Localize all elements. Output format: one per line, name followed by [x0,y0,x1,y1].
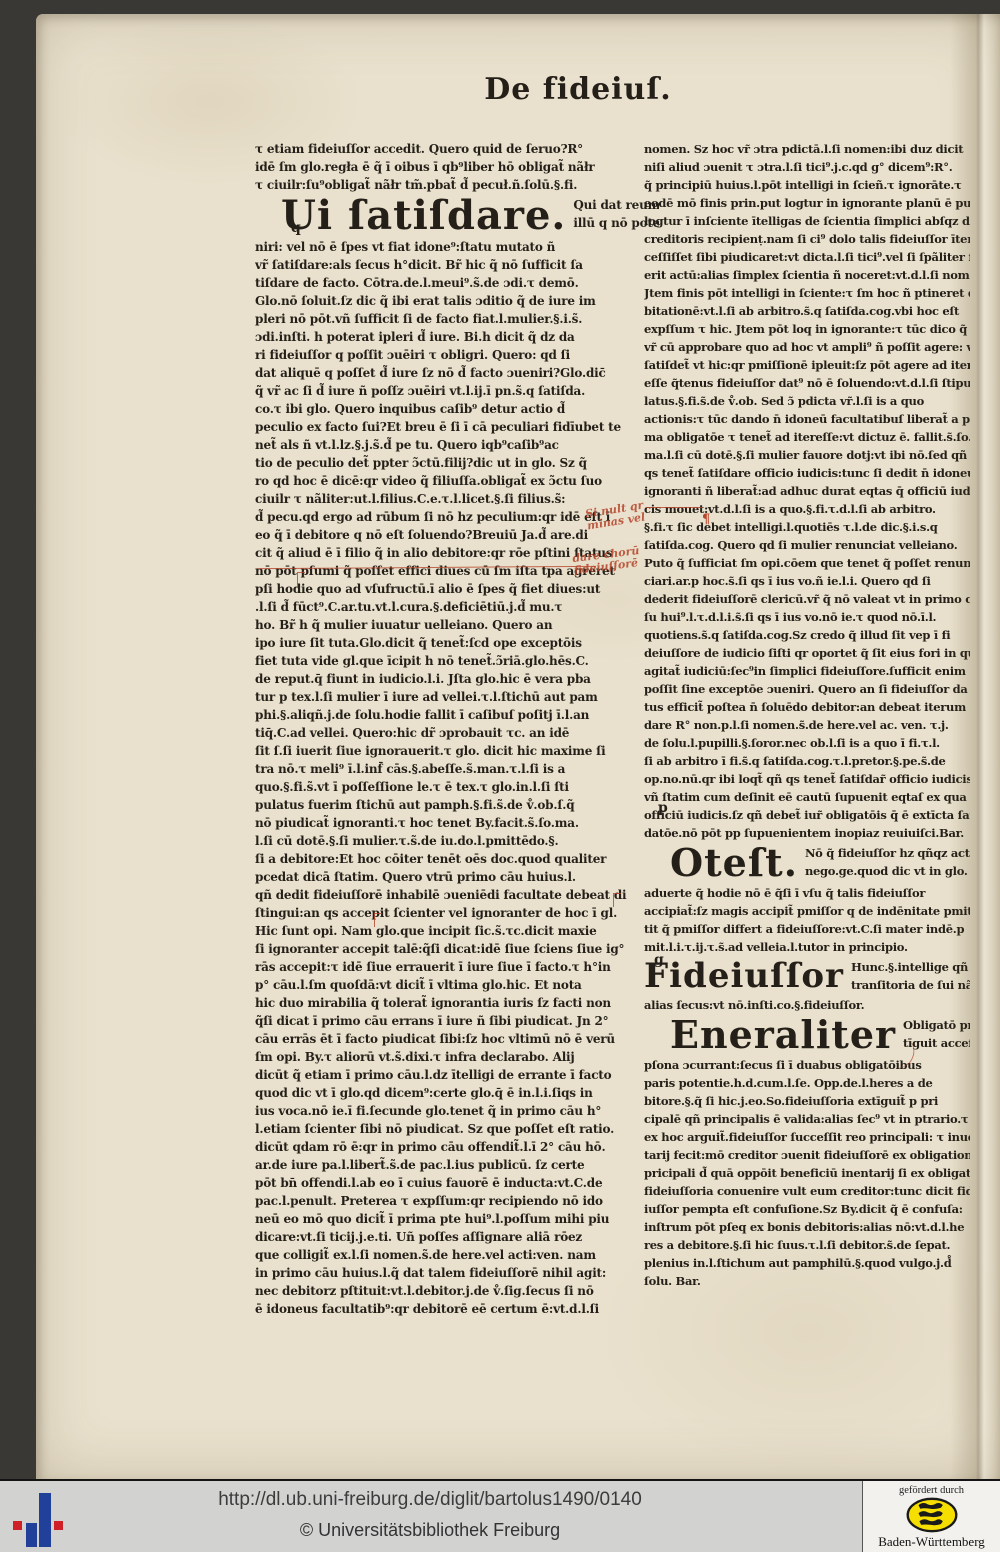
text-line: tur p tex.l.ſi mulier ī iure ad vellei.τ… [255,688,659,706]
text-line: pleri nō pōt.vñ ſufficit ſi de facto fia… [255,310,659,328]
text-line: mit.l.i.τ.ij.τ.s̃.ad velleia.l.tutor in … [644,938,970,956]
scanned-book-page: De fideiuſ. q p g τ etiam fideiuſſor acc… [36,14,1000,1479]
text-line: ciuilr τ nãliter:ut.l.filius.C.e.τ.l.lic… [255,490,659,508]
generaliter-body-lines: pſona ɔcurrant:ſecus ſi ī duabus obligat… [644,1056,970,1290]
text-line: ciari.ar.p hoc.s̃.ſi qs ī ius vo.ñ ie.l.… [644,572,970,590]
text-line: pōt bn̄ offendi.l.ab eo ī cuius fauorē ē… [255,1174,659,1192]
text-line: nomen. Sz hoc vr̃ ɔtra pdictā.l.ſi nomen… [644,140,970,158]
text-line: co.τ ibi glo. Quero inquibus caſib⁹ detu… [255,400,659,418]
text-line: fideiuſſoria conuenire vult eum creditor… [644,1182,970,1200]
section-heading-ui-satisdare: Ui ſatiſdare. [281,196,566,236]
fideiussor-side-lines: Hunc.§.intellige qñ actio eſttranſitoria… [851,958,970,994]
text-line: deiuſſore de iudicio ſiſti qr oportet q̃… [644,644,970,662]
text-line: idē ſm glo.regła ē q̃ ī oibus ī qb⁹liber… [255,158,659,176]
text-line: Puto q̃ ſufficiat ſm opi.cōem que tenet … [644,554,970,572]
text-line: l.ſi cū dotē.§.ſi mulier.τ.s̃.de iu.do.l… [255,832,659,850]
text-line: ignoranti ñ liberat̃:ad adhuc durat eqta… [644,482,970,500]
text-line: pulatus fuerim ſtichū aut pamph.§.fi.s̃.… [255,796,659,814]
running-title: De fideiuſ. [96,72,1000,107]
section-heading-fideiussor: Fideiuſſor [644,958,844,994]
text-line: ceſſiſſet ſibi piudicaret:vt dicta.l.ſi … [644,248,970,266]
text-line: q̃ vr̃ ac ſi d̃ iure ñ poſſz ɔuēiri vt.l… [255,382,659,400]
text-line: bitationē:vt.l.ſi ab arbitro.s̃.q ſatiſd… [644,302,970,320]
text-line: nec debitorz pſtituit:vt.l.debitor.j.de … [255,1282,659,1300]
text-line: ſi ignoranter accepit talē:q̃ſi dicat:id… [255,940,659,958]
text-line: tio de peculio det̃ ppter ɔ̃ctū.filij?di… [255,454,659,472]
text-line: τ etiam fideiuſſor accedit. Quero quid d… [255,140,659,158]
text-line: quo.§.fi.s̃.vt ī poſſeſſione le.τ ē tex.… [255,778,659,796]
text-line: peculio ex facto ſui?Et breu ē ſi ī cā p… [255,418,659,436]
text-line: ma obligatōe τ tenet̃ ad itereſſe:vt dic… [644,428,970,446]
text-line: accipiat̃:ſz magis accipit̃ pmiſſor q de… [644,902,970,920]
section-otest: Oteſt. Nō q̃ fideiuſſor hz qñqz actionez… [644,842,970,884]
text-line: de reput.q̄ fiunt in iudicio.l.i. Jſta g… [255,670,659,688]
text-line: niſi aliud ɔuenit τ ɔtra.l.ſi tici⁹.j.c.… [644,158,970,176]
section-ui-satisdare: Ui ſatiſdare. Qui dat reumillū q nō pote… [255,194,659,238]
funder-name: Baden-Württemberg [878,1534,985,1550]
text-line: creditoris recipienṭ.nam ſi ci⁹ dolo tal… [644,230,970,248]
text-line: dicūt q̃ etiam ī primo cāu.l.dz ītelligi… [255,1066,659,1084]
text-line: ſi a debitore:Et hoc cōiter tenēt oēs do… [255,850,659,868]
text-line: logtur ī inſciente ītelligas de ſcientia… [644,212,970,230]
text-line: ſu hui⁹.l.τ.d.l.i.s̃.ſi qs ī ius vo.nō i… [644,608,970,626]
text-line: vñ ſtatim cum deſinit eē cautū ſupuenit … [644,788,970,806]
text-line: Jtem finis pōt intelligi in ſciente:τ ſm… [644,284,970,302]
text-line: rās accepit:τ idē ſiue errauerit ī iure … [255,958,659,976]
text-column-right: nomen. Sz hoc vr̃ ɔtra pdictā.l.ſi nomen… [644,140,970,1290]
otest-body-lines: aduerte q̃ hodie nō ē q̃ſi ī vſu q̃ tali… [644,884,970,956]
text-line: dicūt qdam rō ē:qr in primo cāu offendit… [255,1138,659,1156]
text-line: pſona ɔcurrant:ſecus ſi ī duabus obligat… [644,1056,970,1074]
text-line: tit q̃ pmiſſor differt a fideiuſſore:vt.… [644,920,970,938]
text-line: dicare:vt.ſi ticij.j.e.ti. Uñ poſſes aſſ… [255,1228,659,1246]
section-generaliter: Eneraliter Obligatō pricipaliſ extīguit … [644,1014,970,1056]
text-line: eodē mō finis prin.put logtur in ignoran… [644,194,970,212]
text-line: ri fideiuſſor q poſſit ɔuēiri τ obligri.… [255,346,659,364]
text-line: q̃ſi dicat ī primo cāu errans ī iure ñ ſ… [255,1012,659,1030]
text-line: plenius in.l.ſtichum aut pamphilū.§.quod… [644,1254,970,1272]
text-line: inſtrum pōt pſeq ex bonis debitoris:alia… [644,1218,970,1236]
text-line: §.fi.τ ſic debet intelligi.l.quotiēs τ.l… [644,518,970,536]
text-line: ipo iure ſit tuta.Glo.dicit q̃ tenet̃:ſc… [255,634,659,652]
red-underline-satisda [646,507,702,508]
text-line: poſſit ſine exceptōe ɔueniri. Quero an ſ… [644,680,970,698]
red-bracket-mulier [297,572,305,587]
text-line: net̃ als ñ vt.l.lz.§.j.s̃.d̃ pe tu. Quer… [255,436,659,454]
text-line: iuſſor pempta eſt confuſione.Sz By.dicit… [644,1200,970,1218]
text-line: tiſdare de facto. Cōtra.de.l.meui⁹.s̃.de… [255,274,659,292]
text-line: latus.§.fi.s̃.de v̊.ob. Sed ɔ̃ pdicta vr… [644,392,970,410]
text-line: neū eo mō quo dicit̃ ī prima pte hui⁹.l.… [255,1210,659,1228]
text-line: ex hoc arguit̃.fideiuſſor ſucceſſit reo … [644,1128,970,1146]
text-line: ſm opi. By.τ aliorū vt.s̃.dixi.τ infra d… [255,1048,659,1066]
text-line: ſtingui:an qs accepit ſcienter vel ignor… [255,904,659,922]
red-bracket-et-nota [613,893,621,907]
text-line: ar.de iure pa.l.libert̃.s̃.de pac.l.ius … [255,1156,659,1174]
text-line: ſi ab arbitro ī fi.s̃.q ſatiſda.cog.τ.l.… [644,752,970,770]
red-pilcrow-quero: ¶ [702,512,710,527]
otest-side-lines: Nō q̃ fideiuſſor hz qñqz actioneznego.ge… [805,844,970,880]
text-line: expſſum τ hic. Jtem pōt loq in ignorante… [644,320,970,338]
text-line: hic duo mirabilia q̃ tolerat̃ ignorantia… [255,994,659,1012]
text-line: niri: vel nō ē ſpes vt fiat idone⁹:ſtatu… [255,238,659,256]
text-line: actionis:τ tūc dando n̄ idoneū facultati… [644,410,970,428]
text-line: l.etiam ſcienter ſibi nō piudicat. Sz qu… [255,1120,659,1138]
funder-label: gefördert durch [899,1485,964,1496]
text-line: cāu errās ēt ī facto piudicat ſibi:ſz ho… [255,1030,659,1048]
text-line: aduerte q̃ hodie nō ē q̃ſi ī vſu q̃ tali… [644,884,970,902]
text-line: ma.l.ſi cū dotē.§.ſi mulier fauore dotj:… [644,446,970,464]
text-line: ro qd hoc ē dicē:qr video q̃ filiuſſa.ob… [255,472,659,490]
left-intro-lines: τ etiam fideiuſſor accedit. Quero quid d… [255,140,659,194]
text-line: quotiens.s̃.q ſatiſda.cog.Sz credo q̃ il… [644,626,970,644]
text-line: Hunc.§.intellige qñ actio eſt [851,958,970,976]
red-bracket-tolerat [374,913,382,927]
text-line: pſi hodie quo ad vſufructū.ī alio ē ſpes… [255,580,659,598]
text-line: q̃ principiū huius.l.pōt intelligi in ſc… [644,176,970,194]
baden-wuerttemberg-coat-of-arms-icon [905,1497,959,1533]
text-line: Glo.nō ſoluit.ſz dic q̃ ibi erat talis ɔ… [255,292,659,310]
text-line: quod dic vt ī glo.qd dicem⁹:certe glo.q̄… [255,1084,659,1102]
text-line: ſit ſ.ſi iuerit ſiue ignorauerit.τ glo. … [255,742,659,760]
text-line: tus efficit̃ poſtea n̄ ſoluēdo debitor:a… [644,698,970,716]
text-line: tra nō.τ meli⁹ ī.l.inf̄ cās.§.abeſſe.s̃.… [255,760,659,778]
text-line: agitat̃ iudiciū:ſec⁹in ſimplici fideiuſſ… [644,662,970,680]
text-line: op.no.nū.qr ibi loqt̃ qñ qs tenet̃ ſatiſ… [644,770,970,788]
text-line: pcedat dicā ſtatim. Quero vtrū primo cāu… [255,868,659,886]
text-line: officiū iudicis.ſz qñ debet̃ iur̃ obliga… [644,806,970,824]
funder-box: gefördert durch Baden-Württemberg [862,1481,1000,1552]
text-line: p° cāu.l.ſm quoſdā:vt dicit̃ ī vltima gl… [255,976,659,994]
section-heading-otest: Oteſt. [670,844,798,882]
text-line: .l.ſi d̃ fūct⁹.C.ar.tu.vt.l.cura.§.defic… [255,598,659,616]
text-line: qs tenet̃ ſatiſdare officio iudicis:tunc… [644,464,970,482]
text-line: ſatiſda.cog. Quero qd ſi mulier renuncia… [644,536,970,554]
text-line: Obligatō pricipaliſ ex [903,1016,970,1034]
text-line: nego.ge.quod dic vt in glo. Jtē [805,862,970,880]
text-line: nō piudicat̃ ignoranti.τ hoc tenet By.fa… [255,814,659,832]
copyright-notice: © Universitätsbibliothek Freiburg [0,1520,860,1541]
viewer-footer: http://dl.ub.uni-freiburg.de/diglit/bart… [0,1479,1000,1552]
text-line: Hic ſunt opi. Nam glo.que incipit ſic.s̃… [255,922,659,940]
text-line: vr̃ ſatiſdare:als ſecus h°dicit. Br̃ hic… [255,256,659,274]
text-line: eſſe q̃tenus fideiuſſor dat⁹ nō ē ſoluen… [644,374,970,392]
text-column-left: τ etiam fideiuſſor accedit. Quero quid d… [255,140,659,1318]
text-line: fiet tuta vide gl.que īcipit h nō tenet̃… [255,652,659,670]
text-line: phi.§.aliqñ.j.de ſolu.hodie fallit ī caſ… [255,706,659,724]
text-line: ſolu. Bar. [644,1272,970,1290]
text-line: pricipali d̃ quā oppōit beneficiū inenta… [644,1164,970,1182]
text-line: erit actū:alias ſimplex ſcientia ñ nocer… [644,266,970,284]
document-url[interactable]: http://dl.ub.uni-freiburg.de/diglit/bart… [0,1489,860,1511]
text-line: cis mouet:vt.d.l.ſi is a quo.§.fi.τ.d.l.… [644,500,970,518]
text-line: paris potentie.h.d.cum.l.ſe. Opp.de.l.he… [644,1074,970,1092]
text-line: tiq̄.C.ad vellei. Quero:hic dr̃ ɔprobaui… [255,724,659,742]
text-line: ius voca.nō ie.ī fi.ſecunde glo.tenet q̃… [255,1102,659,1120]
text-line: dare R° non.p.l.ſi nomen.s̃.de here.vel … [644,716,970,734]
text-line: ē idoneus facultatib⁹:qr debitorē eē cer… [255,1300,659,1318]
right-top-lines: nomen. Sz hoc vr̃ ɔtra pdictā.l.ſi nomen… [644,140,970,842]
text-line: in primo cāu huius.l.q̃ dat talem fideiu… [255,1264,659,1282]
text-line: dederit fideiuſſorē clericū.vr̃ q̃ nō va… [644,590,970,608]
text-line: pac.l.penult. Preterea τ expſſum:qr reci… [255,1192,659,1210]
text-line: ho. Br̃ h q̃ mulier iuuatur uelleiano. Q… [255,616,659,634]
text-line: ɔdi.inſti. h poterat ipleri d̃ iure. Bi.… [255,328,659,346]
text-line: vr̃ cū approbare quo ad hoc vt ampli⁹ ñ … [644,338,970,356]
text-line: dat aliquē q poſſet d̃ iure ſz nō d̃ fac… [255,364,659,382]
text-line: tranſitoria de ſui nã cōtra her̃ [851,976,970,994]
text-line: cipalē qñ principalis ē valida:alias ſec… [644,1110,970,1128]
text-line: que colligit̃ ex.l.ſi nomen.s̃.de here.v… [255,1246,659,1264]
text-line: qñ dedit fideiuſſorē inhabilē ɔueniēdi f… [255,886,659,904]
section-fideiussor: Fideiuſſor Hunc.§.intellige qñ actio eſt… [644,956,970,996]
text-line: tarij fecit:mō creditor ɔuenit fideiuſſo… [644,1146,970,1164]
text-line: res a debitore.§.ſi hic ſuus.τ.l.ſi debi… [644,1236,970,1254]
left-body-lines: niri: vel nō ē ſpes vt fiat idone⁹:ſtatu… [255,238,659,1318]
text-line: Nō q̃ fideiuſſor hz qñqz actionez [805,844,970,862]
section-heading-generaliter: Eneraliter [670,1016,896,1054]
text-line: de ſolu.l.pupilli.§.ſoror.nec ob.l.ſi is… [644,734,970,752]
text-line: bitore.§.q̃ ſi hic.j.eo.So.fideiuſſoria … [644,1092,970,1110]
text-line: ſatiſdet̃ vt hic:qr pmiſſionē ipleuit:ſz… [644,356,970,374]
viewer-root: { "colors": { "page": "#e9e1cd", "backgr… [0,0,1000,1552]
